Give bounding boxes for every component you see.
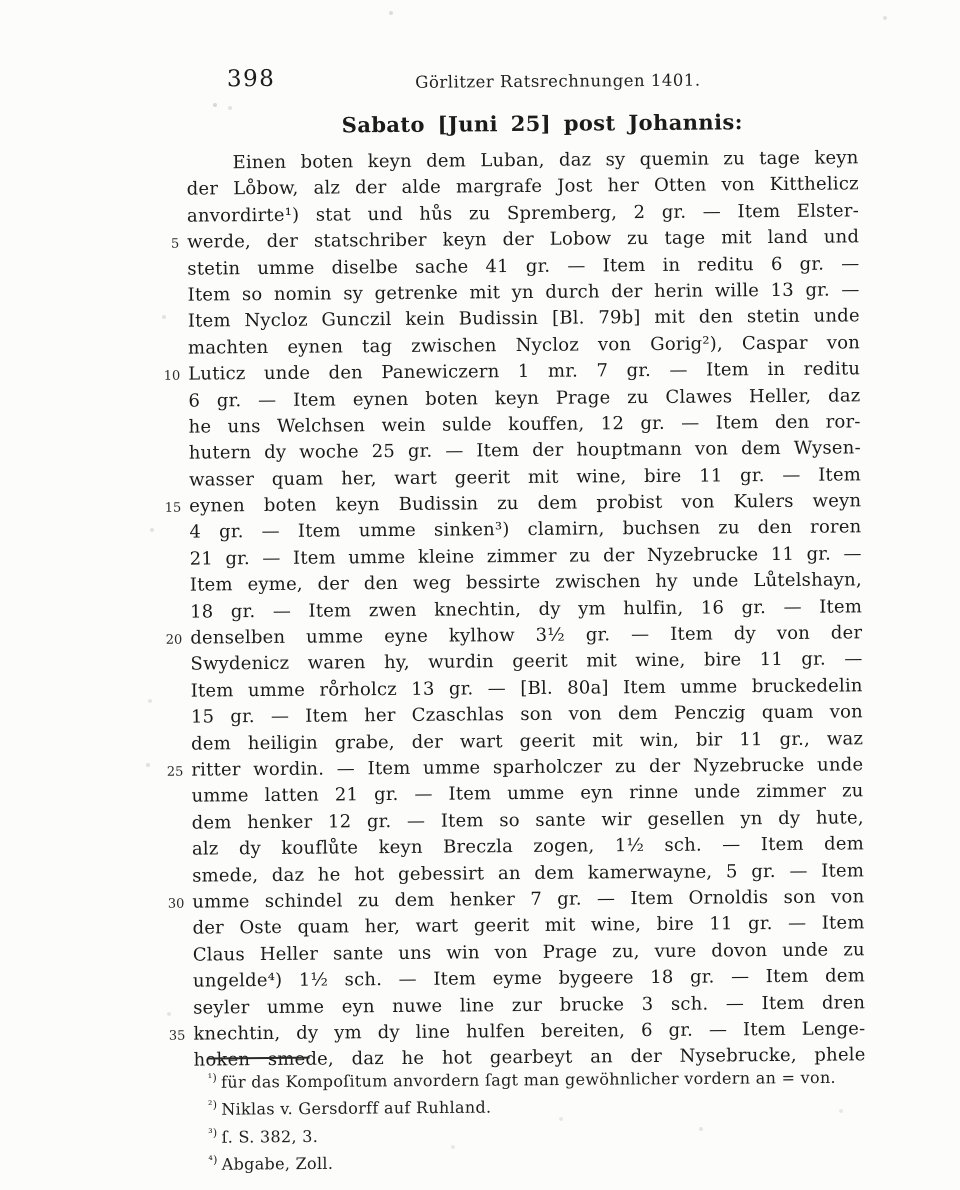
page-number: 398 — [227, 66, 276, 92]
margin-line-number: 10 — [146, 369, 188, 384]
footnote-line: ¹)für das Kompoſitum anvordern ſagt man … — [208, 1061, 870, 1094]
margin-line-number: 20 — [148, 633, 190, 648]
margin-line-number: 35 — [151, 1028, 193, 1043]
scan-noise-speckles — [0, 0, 2, 2]
margin-line-number: 30 — [150, 897, 192, 912]
footnote-marker: ²) — [208, 1099, 221, 1112]
footnote-marker: ⁴) — [208, 1153, 221, 1166]
page-content: 398 Görlitzer Ratsrechnungen 1401. Sabat… — [0, 0, 960, 1190]
footnote-line: ⁴)Abgabe, Zoll. — [208, 1143, 870, 1176]
margin-line-number: 15 — [147, 501, 189, 516]
footnote-text: Niklas v. Gersdorff auf Ruhland. — [221, 1098, 491, 1119]
footnotes-block: ¹)für das Kompoſitum anvordern ſagt man … — [208, 1061, 871, 1176]
footnote-text: Abgabe, Zoll. — [222, 1154, 334, 1174]
footnote-text: ſ. S. 382, 3. — [221, 1127, 318, 1147]
footnote-marker: ³) — [208, 1126, 221, 1139]
footnote-text: für das Kompoſitum anvordern ſagt man ge… — [221, 1068, 836, 1092]
margin-line-number: 5 — [145, 237, 187, 252]
scanned-book-page: 398 Görlitzer Ratsrechnungen 1401. Sabat… — [0, 0, 960, 1190]
footnote-marker: ¹) — [208, 1071, 221, 1084]
section-heading: Sabato [Juni 25] post Johannis: — [186, 108, 858, 138]
body-text-block: Einen boten keyn dem Luban, daz sy quemi… — [144, 145, 865, 1074]
running-header: Görlitzer Ratsrechnungen 1401. — [378, 70, 738, 92]
margin-line-number: 25 — [149, 765, 191, 780]
